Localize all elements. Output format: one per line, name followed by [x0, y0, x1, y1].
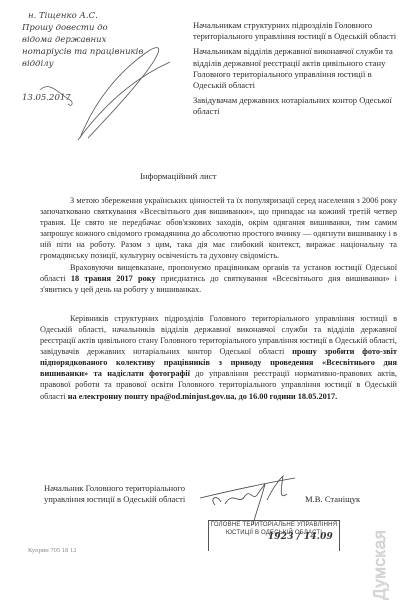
- resolution-signature-icon: [0, 0, 180, 150]
- addressee-block: Начальникам структурних підрозділів Голо…: [193, 20, 398, 118]
- addressee: Начальникам відділів державної виконавчо…: [193, 46, 398, 91]
- paragraph-2: Враховуючи вищевказане, пропонуємо праці…: [40, 262, 397, 295]
- signatory-position: Начальник Головного територіального упра…: [44, 483, 185, 506]
- signatory-name: М.В. Станіщук: [305, 494, 360, 504]
- position-line: управління юстиції в Одеській області: [44, 494, 185, 505]
- email-deadline-bold: на електронну пошту npa@od.minjust.gov.u…: [68, 392, 337, 401]
- stamp-line: ГОЛОВНЕ ТЕРИТОРІАЛЬНЕ УПРАВЛІННЯ: [209, 521, 339, 529]
- position-line: Начальник Головного територіального: [44, 483, 185, 494]
- paragraph-1: З метою збереження українських цінностей…: [40, 195, 397, 262]
- document-title: Інформаційний лист: [140, 171, 216, 181]
- registration-stamp: ГОЛОВНЕ ТЕРИТОРІАЛЬНЕ УПРАВЛІННЯ ЮСТИЦІЇ…: [208, 520, 340, 551]
- executor-note: Куприн 705 18 12: [28, 547, 76, 554]
- document-body: З метою збереження українських цінностей…: [40, 195, 397, 402]
- addressee: Начальникам структурних підрозділів Голо…: [193, 20, 398, 42]
- date-bold: 18 травня 2017 року: [71, 274, 156, 283]
- paragraph-3: Керівників структурних підрозділів Голов…: [40, 313, 397, 402]
- watermark: Думская: [370, 520, 396, 600]
- addressee: Завідувачам державних нотаріальних конто…: [193, 95, 398, 117]
